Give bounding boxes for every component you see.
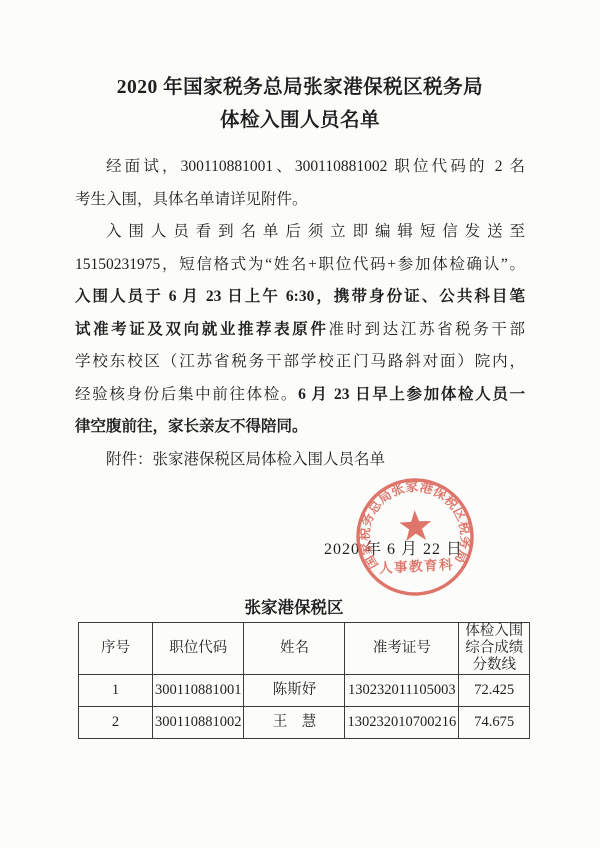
column-header: 体检入围综合成绩分数线 bbox=[459, 623, 530, 675]
body-line: 经面试，300110881001、300110881002 职位代码的 2 名 bbox=[75, 151, 525, 184]
column-header: 序号 bbox=[79, 623, 153, 675]
body-text-segment: 试准考证及双向就业推荐表原件 bbox=[75, 321, 328, 338]
body-text-segment: 学校东校区（江苏省税务干部学校正门马路斜对面）院内， bbox=[75, 353, 525, 370]
document-page: 2020 年国家税务总局张家港保税区税务局 体检入围人员名单 经面试，30011… bbox=[0, 0, 600, 848]
body-text-segment: 入围人员看到名单后须立即编辑短信发送至 bbox=[106, 223, 525, 240]
document-title-line2: 体检入围人员名单 bbox=[0, 104, 600, 137]
seal-ring bbox=[355, 477, 475, 597]
document-title-line1: 2020 年国家税务总局张家港保税区税务局 bbox=[0, 71, 600, 104]
body-line: 15150231975，短信格式为“姓名+职位代码+参加体检确认”。 bbox=[75, 249, 525, 282]
body-text-segment: 考生入围，具体名单请详见附件。 bbox=[75, 191, 308, 208]
cell-position-code: 300110881001 bbox=[153, 675, 244, 707]
body-text-segment: 15150231975，短信格式为“姓名+职位代码+参加体检确认”。 bbox=[75, 256, 525, 273]
body-text-segment: 附件：张家港保税区局体检入围人员名单 bbox=[106, 451, 385, 468]
table-caption: 张家港保税区 bbox=[78, 594, 510, 618]
cell-exam-number: 130232011105003 bbox=[345, 675, 459, 707]
body-line: 学校东校区（江苏省税务干部学校正门马路斜对面）院内， bbox=[75, 346, 525, 379]
table-header-row: 序号 职位代码 姓名 准考证号 体检入围综合成绩分数线 bbox=[79, 623, 530, 675]
seal-star-icon bbox=[399, 509, 432, 541]
body-line: 试准考证及双向就业推荐表原件准时到达江苏省税务干部 bbox=[75, 314, 525, 347]
cell-position-code: 300110881002 bbox=[153, 707, 244, 739]
document-body: 经面试，300110881001、300110881002 职位代码的 2 名 … bbox=[75, 151, 525, 476]
cell-seq: 1 bbox=[79, 675, 153, 707]
shortlist-table: 序号 职位代码 姓名 准考证号 体检入围综合成绩分数线 1 3001108810… bbox=[78, 622, 530, 739]
column-header: 准考证号 bbox=[345, 623, 459, 675]
official-seal: 国家税务总局张家港保税区税务局 人事教育科 bbox=[341, 463, 488, 610]
body-line: 经验核身份后集中前往体检。6 月 23 日早上参加体检人员一 bbox=[75, 379, 525, 412]
body-text-segment: 入围人员于 6 月 23 日上午 6:30，携带身份证、公共科目笔 bbox=[75, 288, 525, 305]
body-text-segment: 律空腹前往，家长亲友不得陪同。 bbox=[75, 418, 308, 435]
column-header: 职位代码 bbox=[153, 623, 244, 675]
body-text-segment: 6 月 23 日早上参加体检人员一 bbox=[298, 386, 525, 403]
cell-exam-number: 130232010700216 bbox=[345, 707, 459, 739]
body-line: 律空腹前往，家长亲友不得陪同。 bbox=[75, 411, 525, 444]
body-line: 考生入围，具体名单请详见附件。 bbox=[75, 184, 525, 217]
body-text-segment: 经面试，300110881001、300110881002 职位代码的 2 名 bbox=[106, 158, 525, 175]
body-text-segment: 经验核身份后集中前往体检。 bbox=[75, 386, 298, 403]
column-header: 姓名 bbox=[244, 623, 345, 675]
table-row: 2 300110881002 王 慧 130232010700216 74.67… bbox=[79, 707, 530, 739]
body-line: 入围人员看到名单后须立即编辑短信发送至 bbox=[75, 216, 525, 249]
seal-bottom-text: 人事教育科 bbox=[379, 556, 455, 576]
body-text-segment: 准时到达江苏省税务干部 bbox=[328, 321, 525, 338]
body-line: 入围人员于 6 月 23 日上午 6:30，携带身份证、公共科目笔 bbox=[75, 281, 525, 314]
cell-name: 王 慧 bbox=[244, 707, 345, 739]
table-row: 1 300110881001 陈斯妤 130232011105003 72.42… bbox=[79, 675, 530, 707]
cell-name: 陈斯妤 bbox=[244, 675, 345, 707]
cell-score: 72.425 bbox=[459, 675, 530, 707]
cell-seq: 2 bbox=[79, 707, 153, 739]
cell-score: 74.675 bbox=[459, 707, 530, 739]
